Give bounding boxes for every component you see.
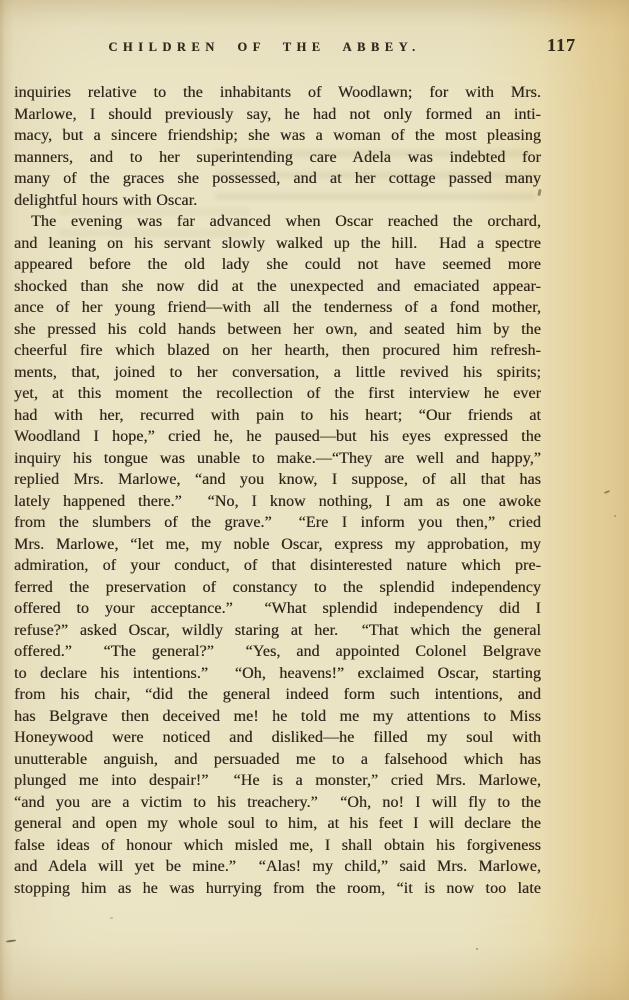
running-title: CHILDREN OF THE ABBEY. xyxy=(1,40,528,55)
ink-speck xyxy=(614,515,616,517)
text-line: and Adela will yet be mine.” “Alas! my c… xyxy=(14,856,541,878)
text-line: she pressed his cold hands between her o… xyxy=(14,319,541,341)
text-line: plunged me into despair!” “He is a monst… xyxy=(14,770,541,792)
text-line: and leaning on his servant slowly walked… xyxy=(14,233,541,255)
text-line: Honeywood were noticed and disliked—he f… xyxy=(14,727,541,749)
text-line: The evening was far advanced when Oscar … xyxy=(14,211,541,233)
text-line: inquiries relative to the inhabitants of… xyxy=(14,82,541,104)
text-line: from his chair, “did the general indeed … xyxy=(14,684,541,706)
text-line: ments, that, joined to her conversation,… xyxy=(14,362,541,384)
text-line: lately happened there.” “No, I know noth… xyxy=(14,491,541,513)
text-line: appeared before the old lady she could n… xyxy=(14,254,541,276)
ink-speck xyxy=(604,490,610,494)
ink-speck xyxy=(110,917,113,919)
text-line: refuse?” asked Oscar, wildly staring at … xyxy=(14,620,541,642)
text-line: ance of her young friend—with all the te… xyxy=(14,297,541,319)
text-line: cheerful fire which blazed on her hearth… xyxy=(14,340,541,362)
text-line: shocked than she now did at the unexpect… xyxy=(14,276,541,298)
text-line: admiration, of your conduct, of that dis… xyxy=(14,555,541,577)
text-line: to declare his intentions.” “Oh, heavens… xyxy=(14,663,541,685)
book-page-scan: CHILDREN OF THE ABBEY. 117 inquiries rel… xyxy=(0,0,629,1000)
text-line: Marlowe, I should previously say, he had… xyxy=(14,104,541,126)
text-line: manners, and to her superintending care … xyxy=(14,147,541,169)
text-line: Woodland I hope,” cried he, he paused—bu… xyxy=(14,426,541,448)
ink-speck xyxy=(6,939,16,942)
text-line: many of the graces she possessed, and at… xyxy=(14,168,541,190)
text-line: false ideas of honour which misled me, I… xyxy=(14,835,541,857)
text-line: stopping him as he was hurrying from the… xyxy=(14,878,541,900)
text-line: had with her, recurred with pain to his … xyxy=(14,405,541,427)
text-line: “and you are a victim to his treachery.”… xyxy=(14,792,541,814)
text-line: unutterable anguish, and persuaded me to… xyxy=(14,749,541,771)
text-line: replied Mrs. Marlowe, “and you know, I s… xyxy=(14,469,541,491)
text-line: general and open my whole soul to him, a… xyxy=(14,813,541,835)
text-line: from the slumbers of the grave.” “Ere I … xyxy=(14,512,541,534)
ink-speck xyxy=(476,948,478,950)
page-body: inquiries relative to the inhabitants of… xyxy=(14,82,541,899)
text-line: Mrs. Marlowe, “let me, my noble Oscar, e… xyxy=(14,534,541,556)
page-number: 117 xyxy=(547,35,576,56)
text-line: inquiry his tongue was unable to make.—“… xyxy=(14,448,541,470)
text-line: yet, at this moment the recollection of … xyxy=(14,383,541,405)
text-line: ferred the preservation of constancy to … xyxy=(14,577,541,599)
text-line: has Belgrave then deceived me! he told m… xyxy=(14,706,541,728)
text-line: delightful hours with Oscar. xyxy=(14,190,541,212)
text-line: macy, but a sincere friendship; she was … xyxy=(14,125,541,147)
text-line: offered to your acceptance.” “What splen… xyxy=(14,598,541,620)
text-line: offered.” “The general?” “Yes, and appoi… xyxy=(14,641,541,663)
